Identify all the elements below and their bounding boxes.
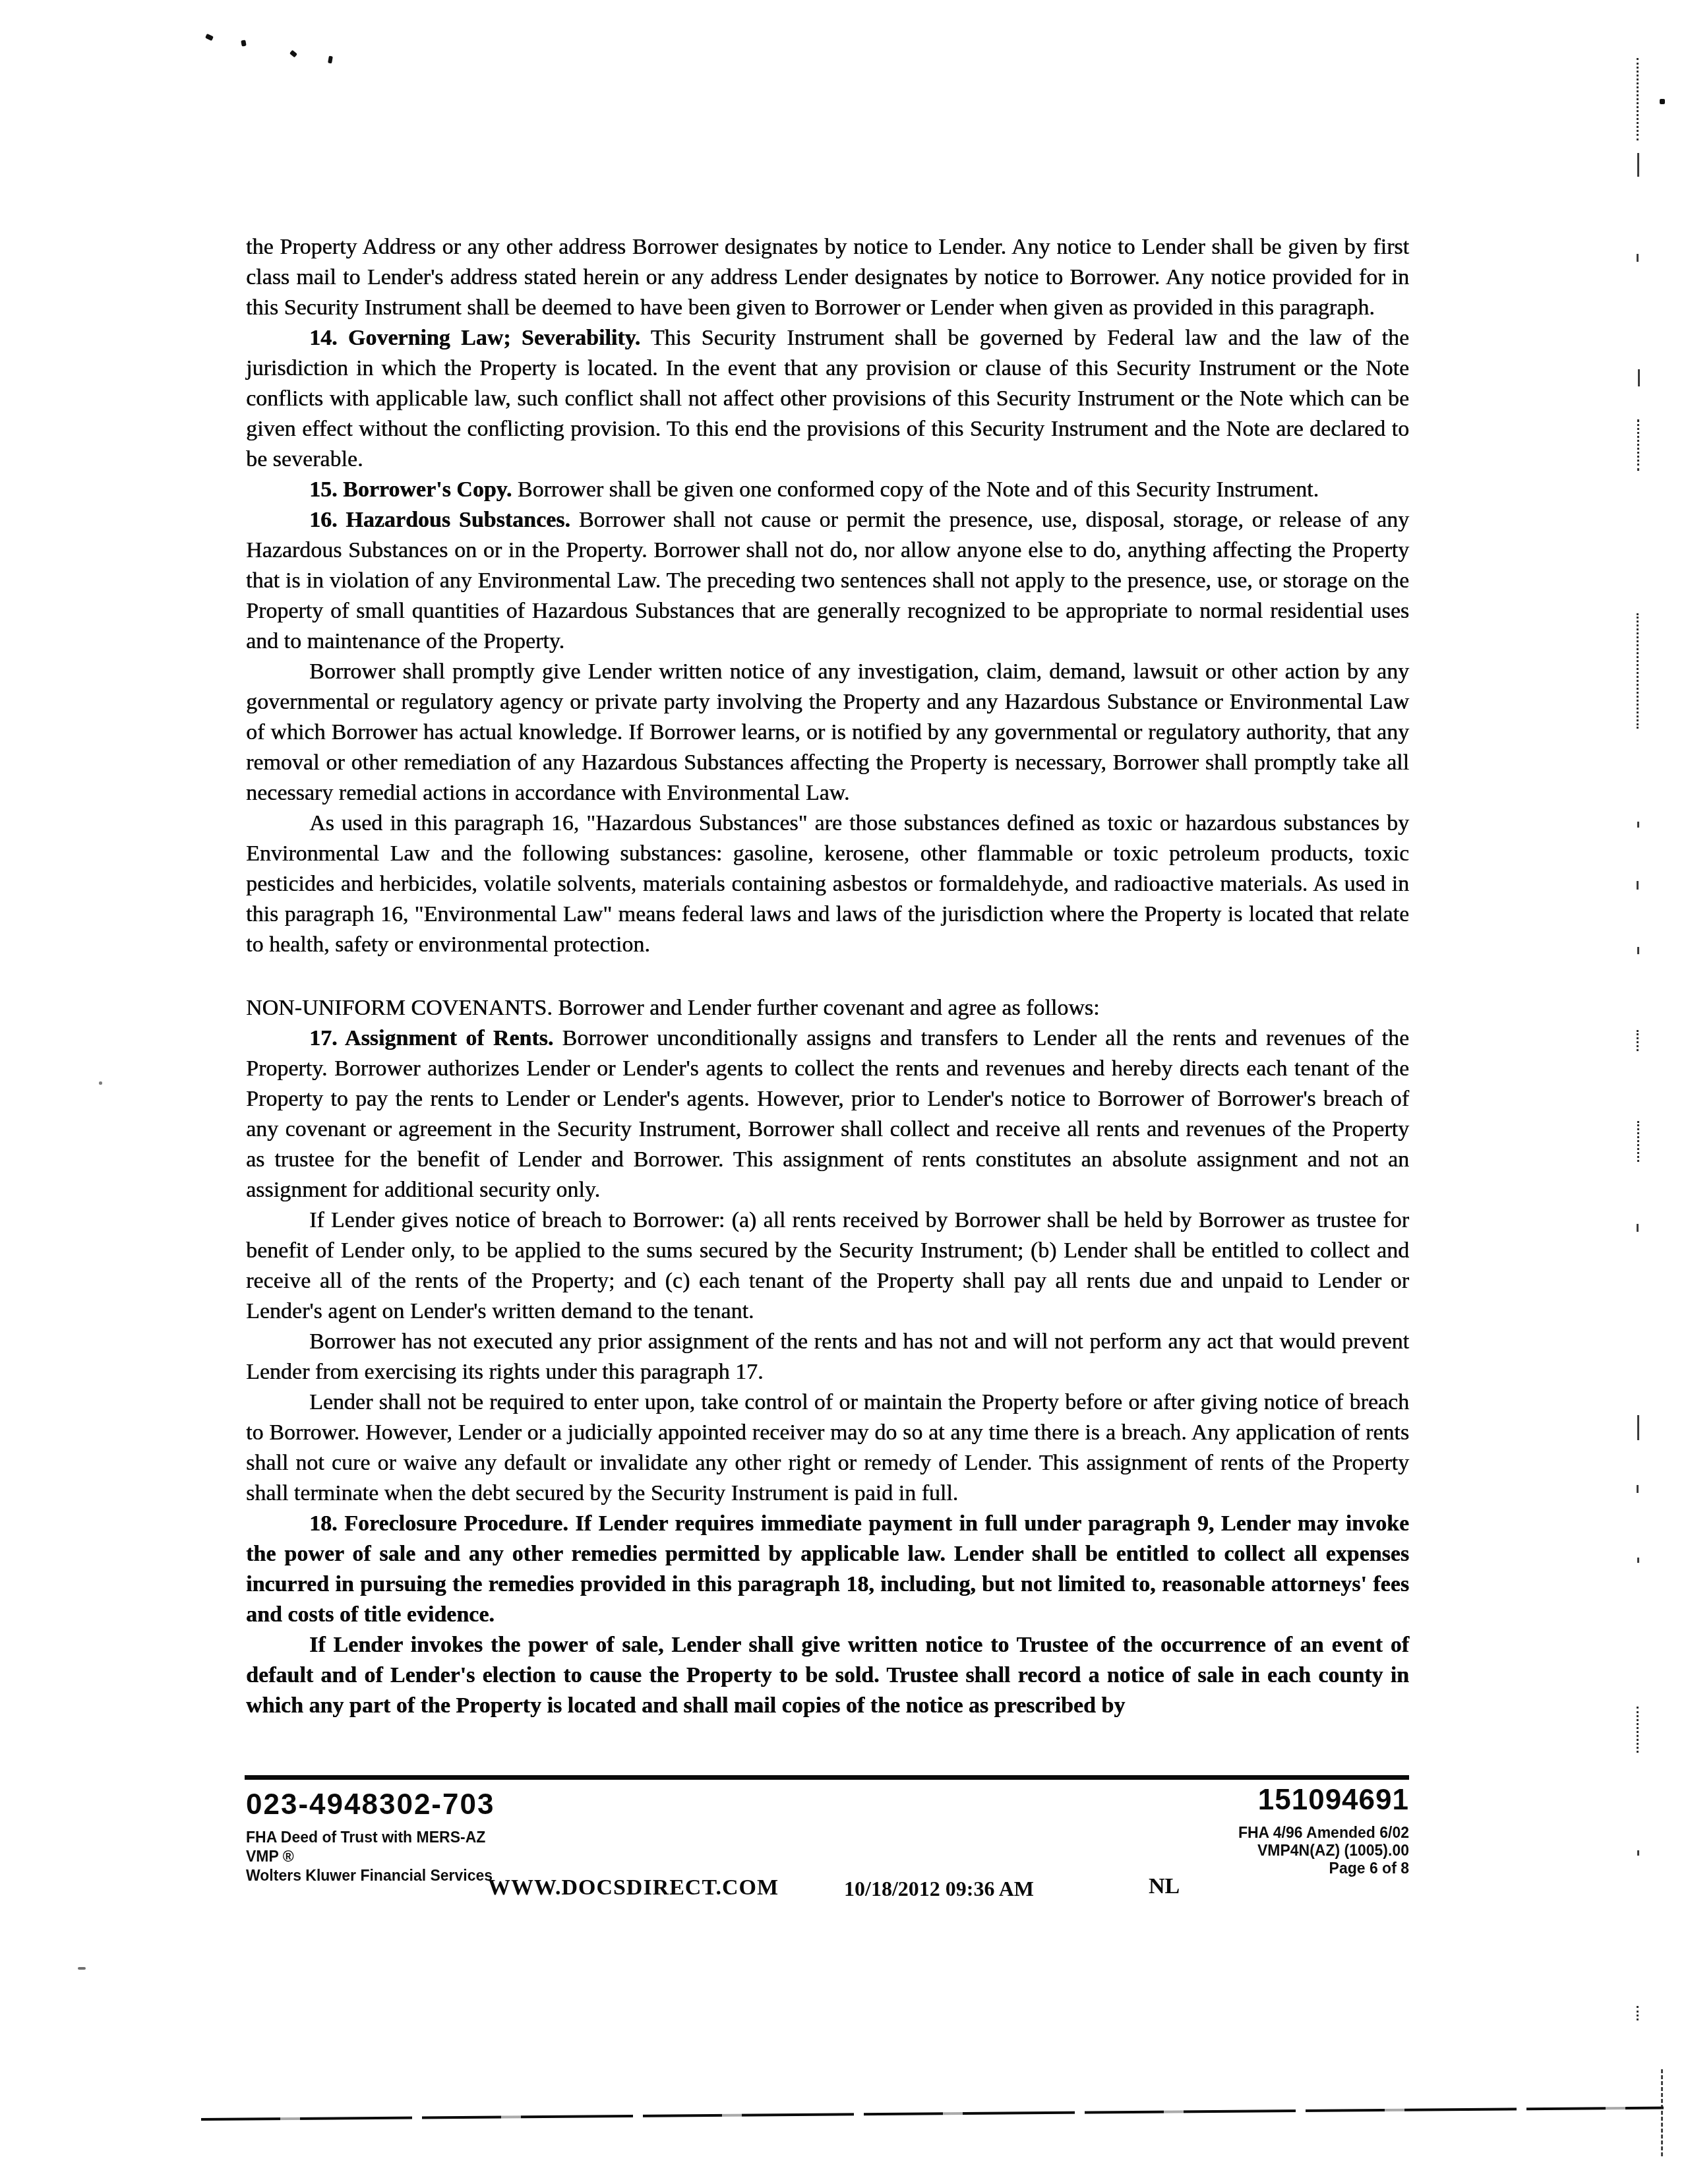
paragraph: Borrower shall promptly give Lender writ…	[246, 657, 1409, 808]
loan-number: 151094691	[1258, 1784, 1409, 1817]
paragraph: If Lender gives notice of breach to Borr…	[246, 1205, 1409, 1327]
scan-artifact	[1637, 822, 1639, 828]
scan-artifact	[1637, 1707, 1639, 1753]
scan-artifact	[1660, 99, 1665, 104]
paragraph: As used in this paragraph 16, "Hazardous…	[246, 808, 1409, 960]
document-page: { "page": { "background": "#ffffff", "in…	[0, 0, 1688, 2184]
paragraph: If Lender invokes the power of sale, Len…	[246, 1630, 1409, 1721]
scan-artifact	[1637, 1030, 1639, 1051]
form-vendor-vmp: VMP ®	[246, 1847, 493, 1866]
scan-artifact	[99, 1081, 102, 1085]
website-text: WWW.DOCSDIRECT.COM	[488, 1875, 779, 1900]
scan-artifact	[1638, 369, 1640, 386]
scan-artifact	[1637, 1485, 1639, 1493]
scan-artifact	[1637, 1415, 1639, 1440]
paragraph: 14. Governing Law; Severability. This Se…	[246, 323, 1409, 475]
footer-form-info-left: FHA Deed of Trust with MERS-AZ VMP ® Wol…	[246, 1828, 493, 1885]
scan-artifact	[1637, 2006, 1639, 2020]
form-revision: FHA 4/96 Amended 6/02	[1238, 1824, 1409, 1842]
body-text: NON-UNIFORM COVENANTS. Borrower and Lend…	[246, 996, 1100, 1020]
body-text: Borrower shall be given one conformed co…	[512, 477, 1319, 502]
section-heading-text: 14. Governing Law; Severability.	[309, 326, 640, 350]
paragraph: NON-UNIFORM COVENANTS. Borrower and Lend…	[246, 993, 1409, 1023]
bottom-scan-line	[201, 2107, 1664, 2121]
form-title: FHA Deed of Trust with MERS-AZ	[246, 1828, 493, 1847]
section-heading-text: 15. Borrower's Copy.	[309, 477, 512, 502]
scan-artifact	[289, 50, 297, 58]
page-number: Page 6 of 8	[1238, 1860, 1409, 1877]
scan-artifact	[1637, 881, 1639, 890]
section-heading-text: 18. Foreclosure Procedure. If Lender req…	[246, 1511, 1409, 1627]
paragraph: 15. Borrower's Copy. Borrower shall be g…	[246, 475, 1409, 505]
footer-form-info-right: FHA 4/96 Amended 6/02 VMP4N(AZ) (1005).0…	[1238, 1824, 1409, 1877]
scan-artifact	[1637, 1850, 1639, 1856]
scan-artifact	[1637, 613, 1639, 729]
body-text: Borrower unconditionally assigns and tra…	[246, 1026, 1409, 1202]
body-text: Lender shall not be required to enter up…	[246, 1390, 1409, 1505]
paragraph: 18. Foreclosure Procedure. If Lender req…	[246, 1509, 1409, 1630]
scan-artifact	[1637, 1224, 1639, 1232]
body-text: Borrower shall promptly give Lender writ…	[246, 659, 1409, 805]
paragraph: the Property Address or any other addres…	[246, 232, 1409, 323]
scan-artifact	[1637, 153, 1639, 177]
section-heading-text: 16. Hazardous Substances.	[309, 508, 570, 532]
body-text: As used in this paragraph 16, "Hazardous…	[246, 811, 1409, 957]
document-body: the Property Address or any other addres…	[246, 232, 1409, 1721]
scan-artifact	[1637, 254, 1639, 262]
scan-artifact	[1637, 1121, 1639, 1162]
initials-text: NL	[1149, 1874, 1180, 1899]
body-text: the Property Address or any other addres…	[246, 235, 1409, 320]
footer-divider-line	[245, 1775, 1409, 1780]
case-number: 023-4948302-703	[246, 1788, 495, 1821]
form-vendor-wolters-kluwer: Wolters Kluwer Financial Services	[246, 1866, 493, 1885]
scan-artifact	[1637, 1558, 1639, 1563]
scan-artifact	[241, 40, 246, 46]
scan-artifact	[328, 56, 333, 64]
scan-artifact	[1637, 947, 1639, 954]
body-text: Borrower has not executed any prior assi…	[246, 1329, 1409, 1384]
paragraph: Borrower has not executed any prior assi…	[246, 1327, 1409, 1387]
paragraph: 16. Hazardous Substances. Borrower shall…	[246, 505, 1409, 657]
form-number: VMP4N(AZ) (1005).00	[1238, 1842, 1409, 1860]
paragraph: 17. Assignment of Rents. Borrower uncond…	[246, 1023, 1409, 1205]
timestamp-text: 10/18/2012 09:36 AM	[844, 1877, 1034, 1901]
section-heading-text: 17. Assignment of Rents.	[309, 1026, 553, 1050]
scan-artifact	[1661, 2069, 1663, 2156]
scan-artifact	[205, 34, 214, 41]
scan-artifact	[1637, 419, 1639, 471]
scan-artifact	[78, 1967, 86, 1970]
body-text: If Lender gives notice of breach to Borr…	[246, 1208, 1409, 1323]
section-heading-text: If Lender invokes the power of sale, Len…	[246, 1633, 1409, 1718]
scan-artifact	[1637, 58, 1639, 140]
paragraph: Lender shall not be required to enter up…	[246, 1387, 1409, 1509]
